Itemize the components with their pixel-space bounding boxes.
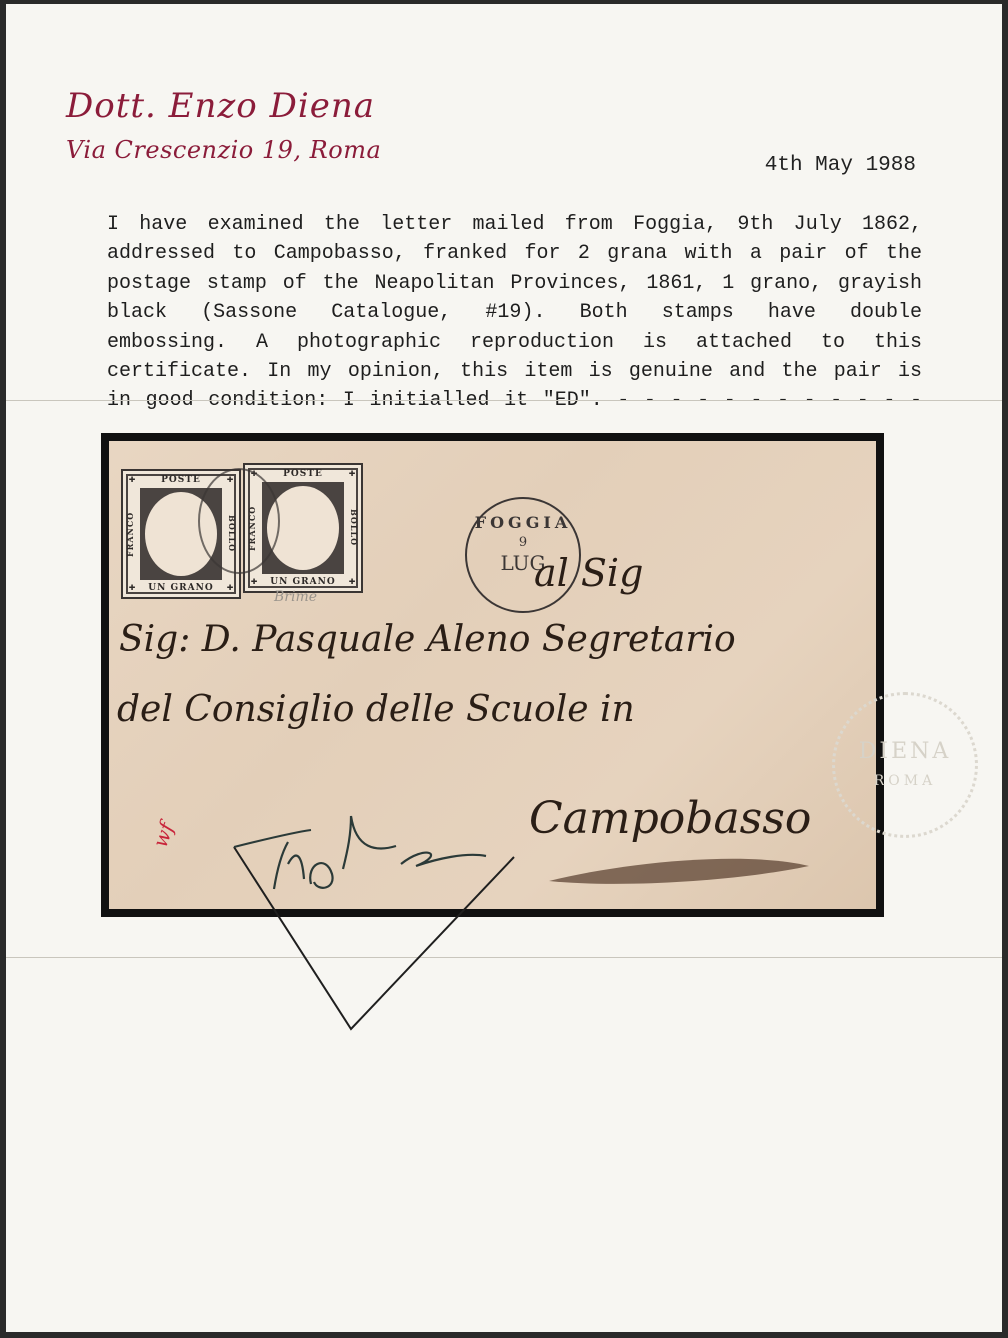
certificate-page: Dott. Enzo Diena Via Crescenzio 19, Roma…: [6, 4, 1002, 1332]
diena-emboss-seal: DIENA ROMA: [832, 692, 978, 838]
expert-signature-icon: [6, 4, 1002, 1332]
